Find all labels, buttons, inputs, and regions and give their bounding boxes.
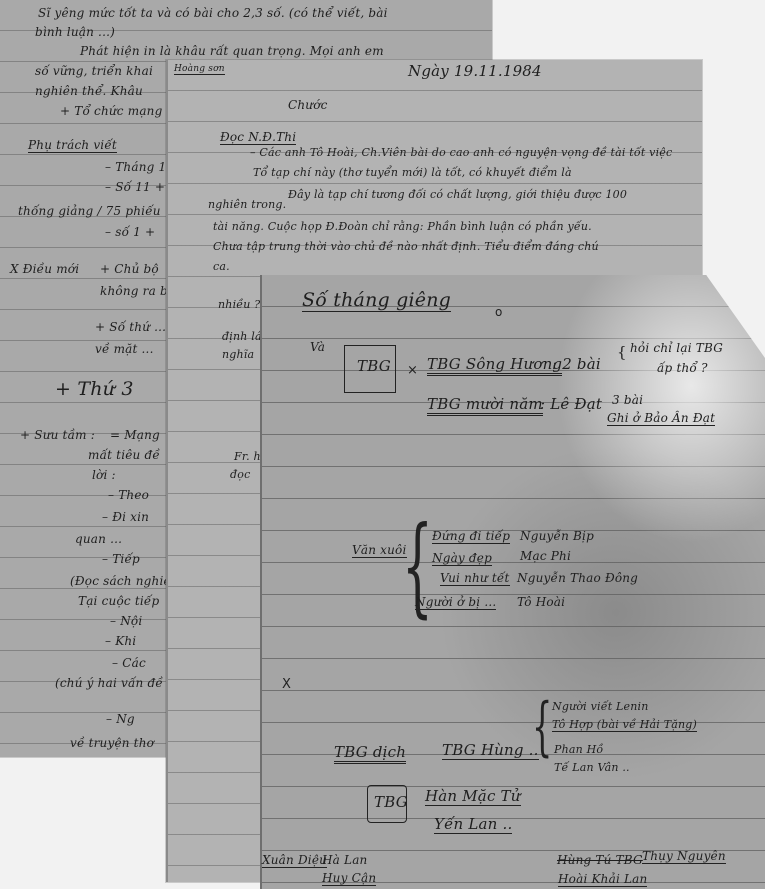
page-title: Số tháng giêng bbox=[302, 289, 451, 312]
handwritten-line: nghiên trong. bbox=[208, 198, 286, 211]
handwritten-line: Tổ tạp chí này (thơ tuyển mới) là tốt, c… bbox=[253, 166, 572, 179]
boxed-label: TBG bbox=[357, 357, 391, 375]
list-item: – Các bbox=[112, 656, 146, 670]
bullet-x-mark: × bbox=[407, 363, 418, 378]
translation-item: Tế Lan Vân .. bbox=[554, 761, 630, 774]
section-heading: Đọc N.Đ.Thi bbox=[220, 130, 296, 145]
translation-item: Phan Hồ bbox=[554, 743, 603, 756]
list-item: Hà Lan bbox=[322, 853, 368, 867]
margin-note: Hoàng sơn bbox=[174, 64, 225, 75]
list-item: quan ... bbox=[75, 532, 122, 546]
margin-fragment: đọc bbox=[230, 468, 250, 481]
handwritten-line: Sĩ yêng mức tốt ta và có bài cho 2,3 số.… bbox=[38, 6, 388, 20]
handwritten-line: nhiều ? bbox=[218, 298, 260, 311]
section-label-van-xuoi: Văn xuôi bbox=[352, 543, 407, 558]
entry-value: : 2 bài bbox=[552, 355, 601, 373]
list-item: thống giảng / 75 phiếu bbox=[18, 204, 161, 218]
x-mark: X bbox=[282, 677, 291, 692]
poet-name: Hàn Mặc Tử bbox=[425, 787, 521, 806]
list-item: + Chủ bộ bbox=[100, 262, 159, 276]
entry-name: TBG mười năm bbox=[427, 395, 543, 416]
handwritten-line: nghiên thể. Khâu bbox=[35, 84, 143, 98]
handwritten-line: bình luận ...) bbox=[35, 25, 115, 39]
list-item: – Tháng 11 bbox=[105, 160, 174, 174]
list-item: mất tiêu đề bbox=[88, 448, 160, 462]
list-item: (chú ý hai vấn đề ...) bbox=[55, 676, 184, 690]
list-item: Tại cuộc tiếp bbox=[78, 594, 159, 608]
work-author: Mạc Phi bbox=[520, 549, 571, 563]
list-item: – Số 11 + bbox=[105, 180, 165, 194]
section-heading: + Sưu tầm : bbox=[20, 428, 95, 442]
list-item: – Theo bbox=[108, 488, 149, 502]
work-author: Nguyễn Bịp bbox=[520, 529, 594, 543]
list-item: – Nội bbox=[110, 614, 142, 628]
list-item: Hoài Khải Lan bbox=[558, 872, 647, 887]
entry-note: 3 bài bbox=[612, 393, 643, 407]
struck-text: Hùng Tú TBG bbox=[557, 853, 643, 867]
work-title: Ngày đẹp bbox=[432, 551, 492, 566]
poet-name: Yến Lan .. bbox=[434, 815, 512, 834]
margin-label: Và bbox=[310, 340, 325, 354]
handwritten-line: số vững, triển khai bbox=[35, 64, 153, 78]
handwritten-line: tài năng. Cuộc họp Đ.Đoàn chỉ rằng: Phần… bbox=[213, 220, 592, 233]
handwritten-line: Phát hiện in là khâu rất quan trọng. Mọi… bbox=[80, 44, 384, 58]
list-item: – Đi xin bbox=[102, 510, 149, 524]
section-heading: + Thứ 3 bbox=[55, 378, 134, 400]
margin-fragment: Fr. h bbox=[234, 450, 261, 463]
handwritten-line: ca. bbox=[213, 260, 230, 273]
list-item: + Số thứ ... bbox=[95, 320, 166, 334]
section-heading: Phụ trách viết bbox=[28, 138, 117, 153]
entry-value: : Lê Đạt bbox=[540, 395, 602, 413]
brace-mark: { bbox=[532, 695, 552, 759]
margin-fragment: định lá bbox=[222, 330, 262, 343]
list-item: = Mạng bbox=[110, 428, 160, 442]
list-item: – số 1 + bbox=[105, 225, 155, 239]
notebook-page-front: Số tháng giêng o Và TBG × TBG Sông Hương… bbox=[260, 275, 765, 889]
boxed-label: TBG bbox=[374, 793, 408, 811]
page-title: Chước bbox=[288, 98, 328, 112]
translator-name: TBG Hùng .. bbox=[442, 741, 539, 760]
list-item: Thụy Nguyên bbox=[642, 849, 726, 864]
work-title: Đứng đi tiếp bbox=[432, 529, 510, 544]
handwritten-line: – Các anh Tô Hoài, Ch.Viên bài do cao an… bbox=[250, 146, 672, 159]
margin-fragment: nghĩa bbox=[222, 348, 254, 361]
brace-mark: { bbox=[617, 343, 627, 361]
list-item: lời : bbox=[92, 468, 116, 482]
work-author: Tô Hoài bbox=[517, 595, 565, 609]
translation-item: Tô Hợp (bài về Hải Tặng) bbox=[552, 718, 697, 732]
group-label: Xuân Diệu bbox=[262, 853, 327, 868]
work-title: Người ở bị ... bbox=[415, 595, 496, 610]
list-item: Huy Cận bbox=[322, 871, 376, 886]
circle-mark: o bbox=[495, 305, 502, 319]
list-item: – Khi bbox=[105, 634, 136, 648]
entry-name: TBG Sông Hương bbox=[427, 355, 562, 376]
entry-note: Ghi ở Bảo Ân Đạt bbox=[607, 411, 715, 426]
work-author: Nguyễn Thao Đông bbox=[517, 571, 638, 585]
handwritten-line: + Tổ chức mạng bbox=[60, 104, 163, 118]
list-item: X Điều mới bbox=[10, 262, 79, 276]
list-item: về truyện thơ bbox=[70, 736, 154, 750]
handwritten-line: Đây là tạp chí tương đối có chất lượng, … bbox=[288, 188, 627, 201]
entry-note: ấp thổ ? bbox=[657, 361, 708, 375]
list-item: không ra bị bbox=[100, 284, 172, 298]
translation-item: Người viết Lenin bbox=[552, 700, 649, 713]
entry-note: hỏi chỉ lại TBG bbox=[630, 341, 723, 355]
list-item: – Tiếp bbox=[102, 552, 140, 566]
work-title: Vui như tết bbox=[440, 571, 510, 586]
list-item: về mặt ... bbox=[95, 342, 154, 356]
handwritten-line: Chưa tập trung thời vào chủ đề nào nhất … bbox=[213, 240, 599, 253]
page-date: Ngày 19.11.1984 bbox=[408, 62, 542, 80]
list-item: – Ng bbox=[106, 712, 135, 726]
section-label-tho-dich: TBG dịch bbox=[334, 743, 406, 764]
